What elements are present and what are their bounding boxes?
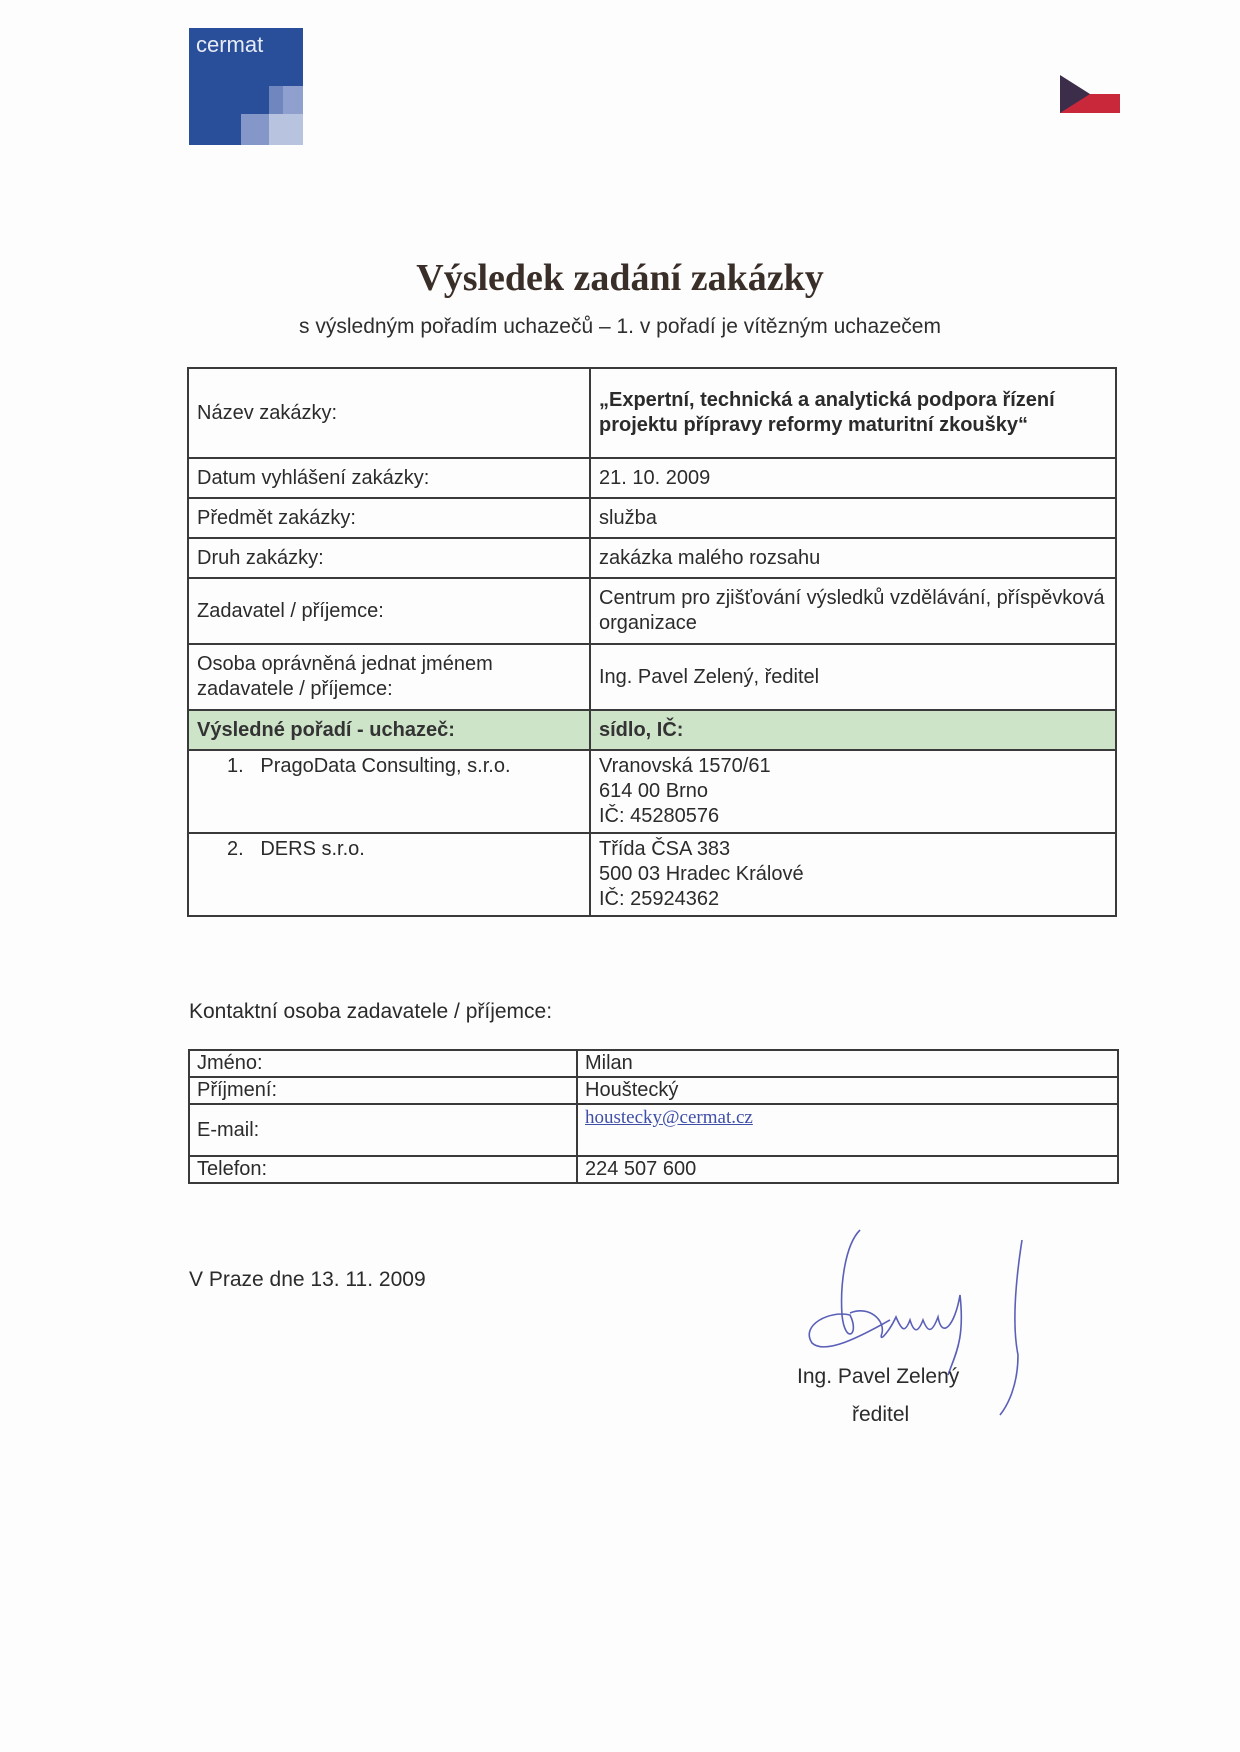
contact-row: Příjmení: Houštecký: [189, 1077, 1118, 1104]
cermat-logo: cermat: [189, 28, 303, 145]
bidder-address-cell: Třída ČSA 383 500 03 Hradec Králové IČ: …: [590, 833, 1116, 916]
contact-heading: Kontaktní osoba zadavatele / příjemce:: [189, 1000, 552, 1024]
detail-value: Centrum pro zjišťování výsledků vzdělává…: [590, 578, 1116, 644]
bidder-name: PragoData Consulting, s.r.o.: [260, 755, 510, 777]
contact-value: houstecky@cermat.cz: [577, 1104, 1118, 1156]
detail-label: Název zakázky:: [188, 368, 590, 458]
detail-label: Druh zakázky:: [188, 538, 590, 578]
detail-row: Datum vyhlášení zakázky: 21. 10. 2009: [188, 458, 1116, 498]
detail-value: „Expertní, technická a analytická podpor…: [590, 368, 1116, 458]
contact-value: Milan: [577, 1050, 1118, 1077]
detail-row: Osoba oprávněná jednat jménem zadavatele…: [188, 644, 1116, 710]
bidder-cell: 2. DERS s.r.o.: [188, 833, 590, 916]
detail-label: Zadavatel / příjemce:: [188, 578, 590, 644]
place-date: V Praze dne 13. 11. 2009: [189, 1268, 426, 1292]
detail-value: služba: [590, 498, 1116, 538]
detail-row: Druh zakázky: zakázka malého rozsahu: [188, 538, 1116, 578]
signature-icon: [790, 1225, 1050, 1425]
bidder-rank: 2.: [227, 838, 244, 860]
bidder-cell: 1. PragoData Consulting, s.r.o.: [188, 750, 590, 833]
detail-label: Datum vyhlášení zakázky:: [188, 458, 590, 498]
bidder-address-line1: Vranovská 1570/61: [599, 754, 1107, 779]
signatory-name: Ing. Pavel Zelený: [797, 1365, 959, 1389]
results-header-left: Výsledné pořadí - uchazeč:: [188, 710, 590, 750]
contact-label: Příjmení:: [189, 1077, 577, 1104]
bidder-address-line1: Třída ČSA 383: [599, 837, 1107, 862]
bidder-ic: IČ: 25924362: [599, 887, 1107, 912]
bidder-address-line2: 500 03 Hradec Králové: [599, 862, 1107, 887]
signatory-role: ředitel: [852, 1403, 909, 1427]
contact-label: Telefon:: [189, 1156, 577, 1183]
results-header-right: sídlo, IČ:: [590, 710, 1116, 750]
contact-row: E-mail: houstecky@cermat.cz: [189, 1104, 1118, 1156]
contract-details-table: Název zakázky: „Expertní, technická a an…: [187, 367, 1117, 917]
contact-row: Jméno: Milan: [189, 1050, 1118, 1077]
result-row: 2. DERS s.r.o. Třída ČSA 383 500 03 Hrad…: [188, 833, 1116, 916]
contact-label: Jméno:: [189, 1050, 577, 1077]
detail-row: Název zakázky: „Expertní, technická a an…: [188, 368, 1116, 458]
detail-value: Ing. Pavel Zelený, ředitel: [590, 644, 1116, 710]
page-title: Výsledek zadání zakázky: [0, 256, 1240, 300]
result-row: 1. PragoData Consulting, s.r.o. Vranovsk…: [188, 750, 1116, 833]
detail-label: Předmět zakázky:: [188, 498, 590, 538]
detail-value: 21. 10. 2009: [590, 458, 1116, 498]
detail-value: zakázka malého rozsahu: [590, 538, 1116, 578]
detail-label: Osoba oprávněná jednat jménem zadavatele…: [188, 644, 590, 710]
contact-label: E-mail:: [189, 1104, 577, 1156]
detail-row: Zadavatel / příjemce: Centrum pro zjišťo…: [188, 578, 1116, 644]
logo-text: cermat: [196, 32, 263, 58]
page-subtitle: s výsledným pořadím uchazečů – 1. v pořa…: [0, 315, 1240, 339]
contact-value: 224 507 600: [577, 1156, 1118, 1183]
detail-row: Předmět zakázky: služba: [188, 498, 1116, 538]
contact-value: Houštecký: [577, 1077, 1118, 1104]
results-header-row: Výsledné pořadí - uchazeč: sídlo, IČ:: [188, 710, 1116, 750]
bidder-rank: 1.: [227, 755, 244, 777]
contact-table: Jméno: Milan Příjmení: Houštecký E-mail:…: [188, 1049, 1119, 1184]
bidder-ic: IČ: 45280576: [599, 804, 1107, 829]
czech-flag-icon: [1060, 75, 1120, 113]
bidder-name: DERS s.r.o.: [260, 838, 364, 860]
contact-row: Telefon: 224 507 600: [189, 1156, 1118, 1183]
bidder-address-cell: Vranovská 1570/61 614 00 Brno IČ: 452805…: [590, 750, 1116, 833]
email-link[interactable]: houstecky@cermat.cz: [585, 1107, 753, 1128]
bidder-address-line2: 614 00 Brno: [599, 779, 1107, 804]
